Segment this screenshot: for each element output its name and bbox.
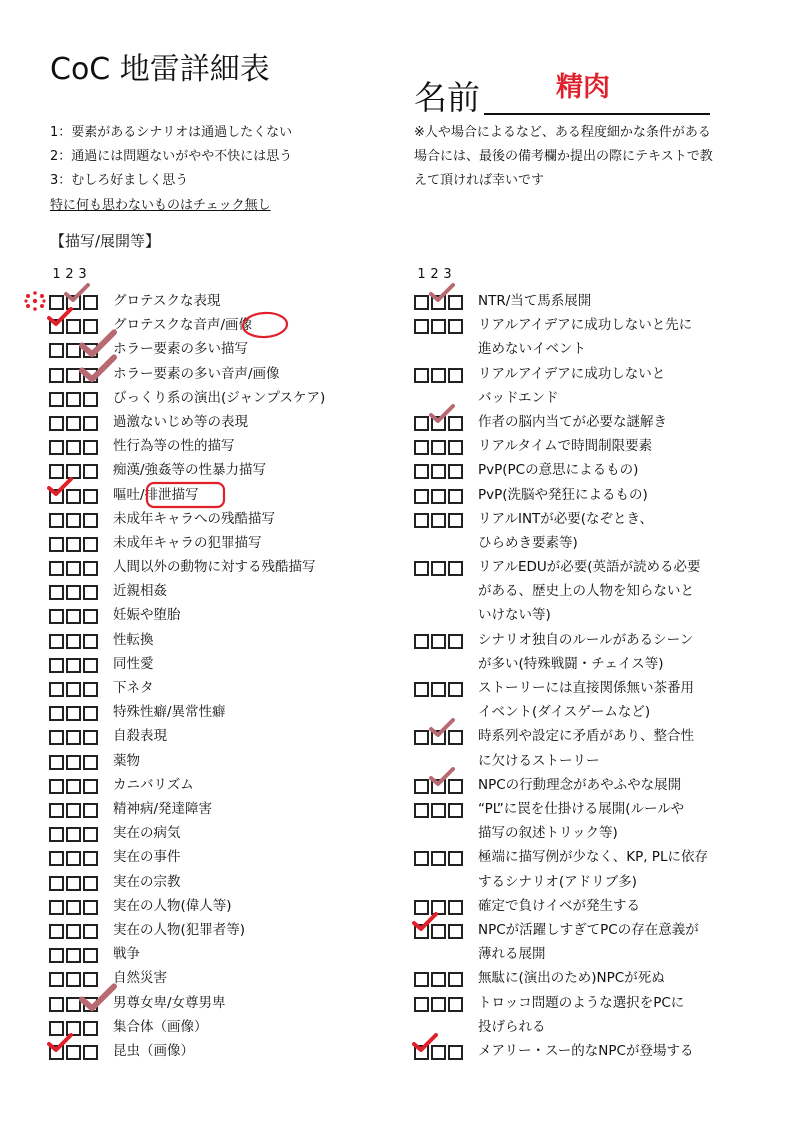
rating-checkboxes [49,368,98,383]
rating-checkbox-1[interactable] [414,319,429,334]
item-label: グロテスクな音声/画像 [113,313,252,337]
item-label: 無駄に(演出のため)NPCが死ぬ [478,966,665,990]
rating-checkbox-1[interactable] [49,537,64,552]
rating-checkbox-3[interactable] [83,1021,98,1036]
rating-checkbox-3[interactable] [83,876,98,891]
checklist-row: 特殊性癖/異常性癖 [49,700,389,724]
item-label: NTR/当て馬系展開 [478,289,591,313]
rating-checkbox-1[interactable] [414,972,429,987]
rating-checkbox-3[interactable] [448,924,463,939]
rating-checkbox-3[interactable] [83,730,98,745]
rating-checkbox-3[interactable] [83,779,98,794]
checklist-row: リアルタイムで時間制限要素 [414,434,774,458]
item-label: 痴漢/強姦等の性暴力描写 [113,458,266,482]
item-label: 極端に描写例が少なく、KP, PLに依存 [478,845,708,869]
rating-checkboxes [49,779,98,794]
rating-checkbox-3[interactable] [83,513,98,528]
rating-checkbox-3[interactable] [448,513,463,528]
rating-checkbox-3[interactable] [448,1045,463,1060]
rating-checkbox-2[interactable] [431,1045,446,1060]
rating-checkbox-3[interactable] [83,368,98,383]
rating-checkbox-2[interactable] [431,319,446,334]
rating-checkbox-2[interactable] [431,489,446,504]
item-label: NPCが活躍しすぎてPCの存在意義が [478,918,699,942]
rating-checkbox-2[interactable] [66,416,81,431]
rating-checkboxes [414,997,463,1012]
rating-checkbox-3[interactable] [448,319,463,334]
rating-checkbox-3[interactable] [448,295,463,310]
rating-checkboxes [49,561,98,576]
item-label: 過激ないじめ等の表現 [113,410,248,434]
rating-checkboxes [414,1045,463,1060]
checklist-row: 人間以外の動物に対する残酷描写 [49,555,389,579]
rating-checkbox-2[interactable] [66,730,81,745]
rating-checkbox-2[interactable] [66,1021,81,1036]
rating-checkbox-3[interactable] [83,1045,98,1060]
legend-line-4: 特に何も思わないものはチェック無し [50,194,292,218]
item-label: リアルアイデアに成功しないと先に [478,313,692,337]
item-label: 実在の人物(偉人等) [113,894,232,918]
checklist-row: 無駄に(演出のため)NPCが死ぬ [414,966,774,990]
rating-checkbox-2[interactable] [66,609,81,624]
rating-checkbox-3[interactable] [448,440,463,455]
rating-checkboxes [414,561,463,576]
rating-checkbox-1[interactable] [49,876,64,891]
rating-checkboxes [49,658,98,673]
rating-checkbox-1[interactable] [49,392,64,407]
item-label: NPCの行動理念があやふやな展開 [478,773,681,797]
rating-checkbox-1[interactable] [49,730,64,745]
item-label: 昆虫（画像） [113,1039,194,1063]
rating-checkbox-2[interactable] [431,368,446,383]
rating-checkbox-2[interactable] [66,585,81,600]
rating-checkbox-1[interactable] [49,997,64,1012]
rating-checkboxes [49,876,98,891]
rating-checkboxes [49,609,98,624]
checklist-row: 妊娠や堕胎 [49,603,389,627]
rating-checkbox-3[interactable] [83,900,98,915]
checklist-row: 下ネタ [49,676,389,700]
rating-checkbox-3[interactable] [83,803,98,818]
item-label: 確定で負けイベが発生する [478,894,640,918]
rating-checkbox-3[interactable] [448,416,463,431]
item-label: 未成年キャラの犯罪描写 [113,531,262,555]
rating-checkbox-3[interactable] [83,682,98,697]
rating-checkbox-1[interactable] [49,755,64,770]
item-label: 精神病/発達障害 [113,797,212,821]
rating-checkbox-1[interactable] [414,416,429,431]
rating-checkbox-2[interactable] [431,416,446,431]
rating-checkbox-1[interactable] [49,464,64,479]
rating-checkboxes [414,779,463,794]
item-label-continued: バッドエンド [478,386,558,410]
checklist-row: “PL”に罠を仕掛ける展開(ルールや描写の叙述トリック等) [414,797,774,845]
item-label: 近親相姦 [113,579,167,603]
item-label: 同性愛 [113,652,154,676]
rating-checkbox-3[interactable] [448,368,463,383]
rating-checkbox-3[interactable] [448,851,463,866]
rating-checkbox-3[interactable] [83,319,98,334]
rating-checkboxes [49,392,98,407]
rating-checkbox-1[interactable] [49,972,64,987]
checklist-row: 精神病/発達障害 [49,797,389,821]
item-label: 妊娠や堕胎 [113,603,181,627]
rating-checkbox-1[interactable] [414,730,429,745]
checklist-row: 未成年キャラの犯罪描写 [49,531,389,555]
column-header-1: 1 [50,266,63,284]
rating-checkbox-2[interactable] [66,948,81,963]
rating-checkbox-1[interactable] [49,948,64,963]
rating-checkbox-1[interactable] [49,513,64,528]
rating-checkbox-1[interactable] [414,368,429,383]
rating-checkbox-1[interactable] [414,440,429,455]
item-label: 下ネタ [113,676,154,700]
rating-checkbox-2[interactable] [66,851,81,866]
item-label: 実在の人物(犯罪者等) [113,918,245,942]
rating-checkbox-1[interactable] [414,561,429,576]
rating-checkbox-1[interactable] [49,1021,64,1036]
rating-checkbox-3[interactable] [448,464,463,479]
name-label: 名前 [414,76,480,120]
item-label: リアルタイムで時間制限要素 [478,434,652,458]
item-label-continued: ひらめき要素等) [478,531,578,555]
rating-checkbox-1[interactable] [49,779,64,794]
rating-checkbox-2[interactable] [66,1045,81,1060]
rating-checkbox-2[interactable] [431,779,446,794]
rating-checkbox-3[interactable] [83,392,98,407]
rating-checkbox-2[interactable] [66,997,81,1012]
checklist-row: 実在の事件 [49,845,389,869]
rating-checkbox-1[interactable] [414,900,429,915]
checklist-row: 過激ないじめ等の表現 [49,410,389,434]
rating-checkbox-3[interactable] [83,609,98,624]
item-label: 実在の病気 [113,821,181,845]
item-label: シナリオ独自のルールがあるシーン [478,628,693,652]
rating-checkbox-2[interactable] [66,682,81,697]
rating-checkbox-3[interactable] [448,730,463,745]
rating-checkbox-1[interactable] [414,1045,429,1060]
rating-checkbox-3[interactable] [448,682,463,697]
rating-checkbox-3[interactable] [448,779,463,794]
rating-checkbox-3[interactable] [448,634,463,649]
item-label: ストーリーには直接関係無い茶番用 [478,676,694,700]
note-line-1: ※人や場合によるなど、ある程度細かな条件がある [414,121,754,145]
rating-checkbox-3[interactable] [83,755,98,770]
rating-checkbox-2[interactable] [431,851,446,866]
column-headers-left: 123 [50,266,89,284]
rating-checkbox-2[interactable] [66,924,81,939]
item-label-continued: 描写の叙述トリック等) [478,821,618,845]
rating-checkbox-3[interactable] [83,464,98,479]
rating-checkbox-1[interactable] [49,803,64,818]
rating-checkbox-2[interactable] [66,464,81,479]
checklist-row: 自然災害 [49,966,389,990]
rating-checkbox-1[interactable] [49,343,64,358]
rating-checkboxes [49,827,98,842]
item-label: 性転換 [113,628,154,652]
item-label-continued: が多い(特殊戦闘・チェイス等) [478,652,664,676]
rating-checkbox-2[interactable] [66,972,81,987]
rating-checkbox-3[interactable] [83,706,98,721]
rating-checkbox-2[interactable] [431,803,446,818]
item-label-continued: イベント(ダイスゲームなど) [478,700,650,724]
name-field-value[interactable]: 精肉 [556,70,610,106]
rating-checkbox-3[interactable] [83,585,98,600]
rating-checkbox-1[interactable] [49,851,64,866]
rating-checkbox-2[interactable] [66,537,81,552]
checklist-row: カニバリズム [49,773,389,797]
rating-checkboxes [49,464,98,479]
rating-checkbox-2[interactable] [431,900,446,915]
checklist-row: PvP(洗脳や発狂によるもの) [414,483,774,507]
rating-checkboxes [49,319,98,334]
note-line-2: 場合には、最後の備考欄か提出の際にテキストで教 [414,145,754,169]
legend-line-1: 1：要素があるシナリオは通過したくない [50,121,292,145]
item-label-continued: 投げられる [478,1015,546,1039]
item-label: PvP(洗脳や発狂によるもの) [478,483,648,507]
item-label: 自然災害 [113,966,167,990]
item-label: ホラー要素の多い音声/画像 [113,362,280,386]
column-header-2: 2 [428,266,441,284]
checklist-left: グロテスクな表現グロテスクな音声/画像ホラー要素の多い描写ホラー要素の多い音声/… [49,289,389,1089]
rating-checkboxes [414,851,463,866]
checklist-row: ホラー要素の多い描写 [49,337,389,361]
rating-checkbox-2[interactable] [431,924,446,939]
item-label: グロテスクな表現 [113,289,220,313]
rating-checkbox-2[interactable] [431,997,446,1012]
rating-checkbox-2[interactable] [431,513,446,528]
rating-checkbox-2[interactable] [66,440,81,455]
rating-checkbox-1[interactable] [49,561,64,576]
rating-checkbox-2[interactable] [66,827,81,842]
item-label: 実在の事件 [113,845,181,869]
item-label-continued: 進めないイベント [478,337,586,361]
rating-checkbox-2[interactable] [66,755,81,770]
rating-checkbox-2[interactable] [431,464,446,479]
rating-checkbox-1[interactable] [414,634,429,649]
rating-checkbox-3[interactable] [448,803,463,818]
rating-checkboxes [49,730,98,745]
checklist-row: シナリオ独自のルールがあるシーンが多い(特殊戦闘・チェイス等) [414,628,774,676]
rating-checkbox-2[interactable] [66,295,81,310]
rating-checkbox-2[interactable] [66,513,81,528]
checklist-row: 実在の人物(偉人等) [49,894,389,918]
item-label: 未成年キャラへの残酷描写 [113,507,275,531]
rating-checkbox-1[interactable] [49,1045,64,1060]
column-headers-right: 123 [415,266,454,284]
checklist-row: ストーリーには直接関係無い茶番用イベント(ダイスゲームなど) [414,676,774,724]
asterisk-icon [24,291,45,311]
rating-checkbox-2[interactable] [66,803,81,818]
legend-line-3: 3：むしろ好ましく思う [50,169,292,193]
rating-checkbox-3[interactable] [83,561,98,576]
rating-checkbox-2[interactable] [431,634,446,649]
item-label: 男尊女卑/女尊男卑 [113,991,226,1015]
checklist-row: 近親相姦 [49,579,389,603]
checklist-row: 作者の脳内当てが必要な謎解き [414,410,774,434]
rating-checkboxes [414,464,463,479]
rating-checkboxes [49,706,98,721]
rating-checkbox-1[interactable] [49,706,64,721]
rating-checkbox-1[interactable] [414,682,429,697]
checklist-row: 極端に描写例が少なく、KP, PLに依存するシナリオ(アドリブ多) [414,845,774,893]
rating-checkbox-3[interactable] [83,827,98,842]
rating-checkbox-2[interactable] [66,561,81,576]
rating-checkboxes [49,803,98,818]
checklist-row: PvP(PCの意思によるもの) [414,458,774,482]
rating-checkbox-1[interactable] [414,997,429,1012]
rating-checkbox-1[interactable] [414,295,429,310]
rating-checkboxes [414,489,463,504]
item-label: 嘔吐/排泄描写 [113,483,199,507]
rating-checkbox-3[interactable] [83,997,98,1012]
rating-checkbox-3[interactable] [448,900,463,915]
rating-checkboxes [414,924,463,939]
rating-checkboxes [49,1045,98,1060]
rating-checkbox-2[interactable] [66,489,81,504]
rating-checkbox-2[interactable] [66,658,81,673]
item-label: メアリー・スー的なNPCが登場する [478,1039,693,1063]
rating-checkboxes [49,537,98,552]
rating-checkboxes [49,682,98,697]
rating-checkbox-1[interactable] [49,827,64,842]
rating-checkboxes [49,900,98,915]
rating-checkbox-1[interactable] [49,634,64,649]
rating-checkbox-3[interactable] [83,972,98,987]
rating-checkboxes [49,948,98,963]
rating-checkbox-2[interactable] [431,561,446,576]
rating-checkbox-2[interactable] [66,876,81,891]
checklist-row: 実在の病気 [49,821,389,845]
rating-checkbox-1[interactable] [49,924,64,939]
item-label-continued: するシナリオ(アドリブ多) [478,870,637,894]
instructions-note: ※人や場合によるなど、ある程度細かな条件がある 場合には、最後の備考欄か提出の際… [414,121,754,194]
item-label-continued: がある、歴史上の人物を知らないと [478,579,694,603]
rating-checkbox-2[interactable] [431,295,446,310]
note-line-3: えて頂ければ幸いです [414,169,754,193]
rating-checkbox-3[interactable] [83,634,98,649]
rating-checkbox-3[interactable] [448,561,463,576]
rating-checkbox-3[interactable] [448,489,463,504]
rating-checkbox-1[interactable] [414,489,429,504]
checklist-row: 嘔吐/排泄描写 [49,483,389,507]
rating-checkbox-2[interactable] [66,634,81,649]
rating-checkbox-3[interactable] [83,416,98,431]
rating-checkbox-3[interactable] [83,537,98,552]
rating-checkbox-1[interactable] [414,513,429,528]
rating-checkbox-2[interactable] [66,706,81,721]
rating-checkbox-1[interactable] [49,658,64,673]
checklist-row: 実在の宗教 [49,870,389,894]
rating-checkbox-2[interactable] [66,319,81,334]
rating-checkbox-3[interactable] [83,948,98,963]
item-label: 作者の脳内当てが必要な謎解き [478,410,667,434]
item-label: リアルINTが必要(なぞとき、 [478,507,653,531]
rating-checkbox-1[interactable] [49,416,64,431]
rating-checkbox-2[interactable] [66,368,81,383]
page-title: CoC 地雷詳細表 [50,50,270,90]
rating-checkbox-1[interactable] [49,440,64,455]
name-field-underline [484,113,710,115]
checklist-row: リアルアイデアに成功しないと先に進めないイベント [414,313,774,361]
rating-checkbox-3[interactable] [83,924,98,939]
item-label: 実在の宗教 [113,870,181,894]
rating-checkbox-1[interactable] [49,368,64,383]
rating-checkbox-2[interactable] [431,440,446,455]
checklist-row: グロテスクな音声/画像 [49,313,389,337]
rating-checkbox-1[interactable] [414,779,429,794]
rating-checkbox-1[interactable] [49,900,64,915]
rating-checkbox-1[interactable] [49,585,64,600]
checklist-right: NTR/当て馬系展開リアルアイデアに成功しないと先に進めないイベントリアルアイデ… [414,289,774,1089]
rating-checkbox-1[interactable] [414,803,429,818]
rating-checkbox-1[interactable] [49,319,64,334]
checklist-row: 性転換 [49,628,389,652]
checklist-row: メアリー・スー的なNPCが登場する [414,1039,774,1063]
rating-checkbox-3[interactable] [448,997,463,1012]
rating-checkbox-1[interactable] [414,851,429,866]
checklist-row: 時系列や設定に矛盾があり、整合性に欠けるストーリー [414,724,774,772]
rating-checkbox-1[interactable] [49,489,64,504]
rating-checkbox-3[interactable] [83,489,98,504]
checklist-row: リアルアイデアに成功しないとバッドエンド [414,362,774,410]
rating-checkboxes [49,634,98,649]
rating-checkbox-1[interactable] [49,295,64,310]
rating-checkboxes [49,343,98,358]
column-header-3: 3 [76,266,89,284]
checklist-row: リアルINTが必要(なぞとき、ひらめき要素等) [414,507,774,555]
item-label: 戦争 [113,942,140,966]
rating-checkbox-2[interactable] [431,682,446,697]
rating-checkbox-3[interactable] [83,295,98,310]
rating-checkbox-2[interactable] [66,779,81,794]
rating-checkbox-2[interactable] [66,392,81,407]
rating-checkbox-3[interactable] [83,343,98,358]
rating-checkbox-3[interactable] [448,972,463,987]
rating-checkboxes [414,972,463,987]
item-label: “PL”に罠を仕掛ける展開(ルールや [478,797,684,821]
rating-checkboxes [414,319,463,334]
rating-checkbox-2[interactable] [66,343,81,358]
rating-checkbox-2[interactable] [431,972,446,987]
rating-checkbox-2[interactable] [431,730,446,745]
checklist-row: 男尊女卑/女尊男卑 [49,991,389,1015]
item-label: 性行為等の性的描写 [113,434,235,458]
rating-checkboxes [49,997,98,1012]
rating-checkboxes [49,924,98,939]
column-header-1: 1 [415,266,428,284]
rating-legend: 1：要素があるシナリオは通過したくない 2：通過には問題ないがやや不快には思う … [50,121,292,218]
item-label-continued: いけない等) [478,603,551,627]
rating-checkbox-2[interactable] [66,900,81,915]
rating-checkboxes [414,416,463,431]
checklist-row: リアルEDUが必要(英語が読める必要がある、歴史上の人物を知らないといけない等) [414,555,774,628]
rating-checkbox-3[interactable] [83,658,98,673]
checklist-row: 確定で負けイベが発生する [414,894,774,918]
rating-checkbox-3[interactable] [83,440,98,455]
rating-checkbox-1[interactable] [49,609,64,624]
rating-checkbox-1[interactable] [414,924,429,939]
rating-checkbox-1[interactable] [414,464,429,479]
rating-checkbox-1[interactable] [49,682,64,697]
checklist-row: NPCが活躍しすぎてPCの存在意義が薄れる展開 [414,918,774,966]
rating-checkbox-3[interactable] [83,851,98,866]
rating-checkboxes [414,513,463,528]
item-label: トロッコ問題のような選択をPCに [478,991,684,1015]
checklist-row: トロッコ問題のような選択をPCに投げられる [414,991,774,1039]
checklist-row: グロテスクな表現 [49,289,389,313]
checklist-row: 戦争 [49,942,389,966]
